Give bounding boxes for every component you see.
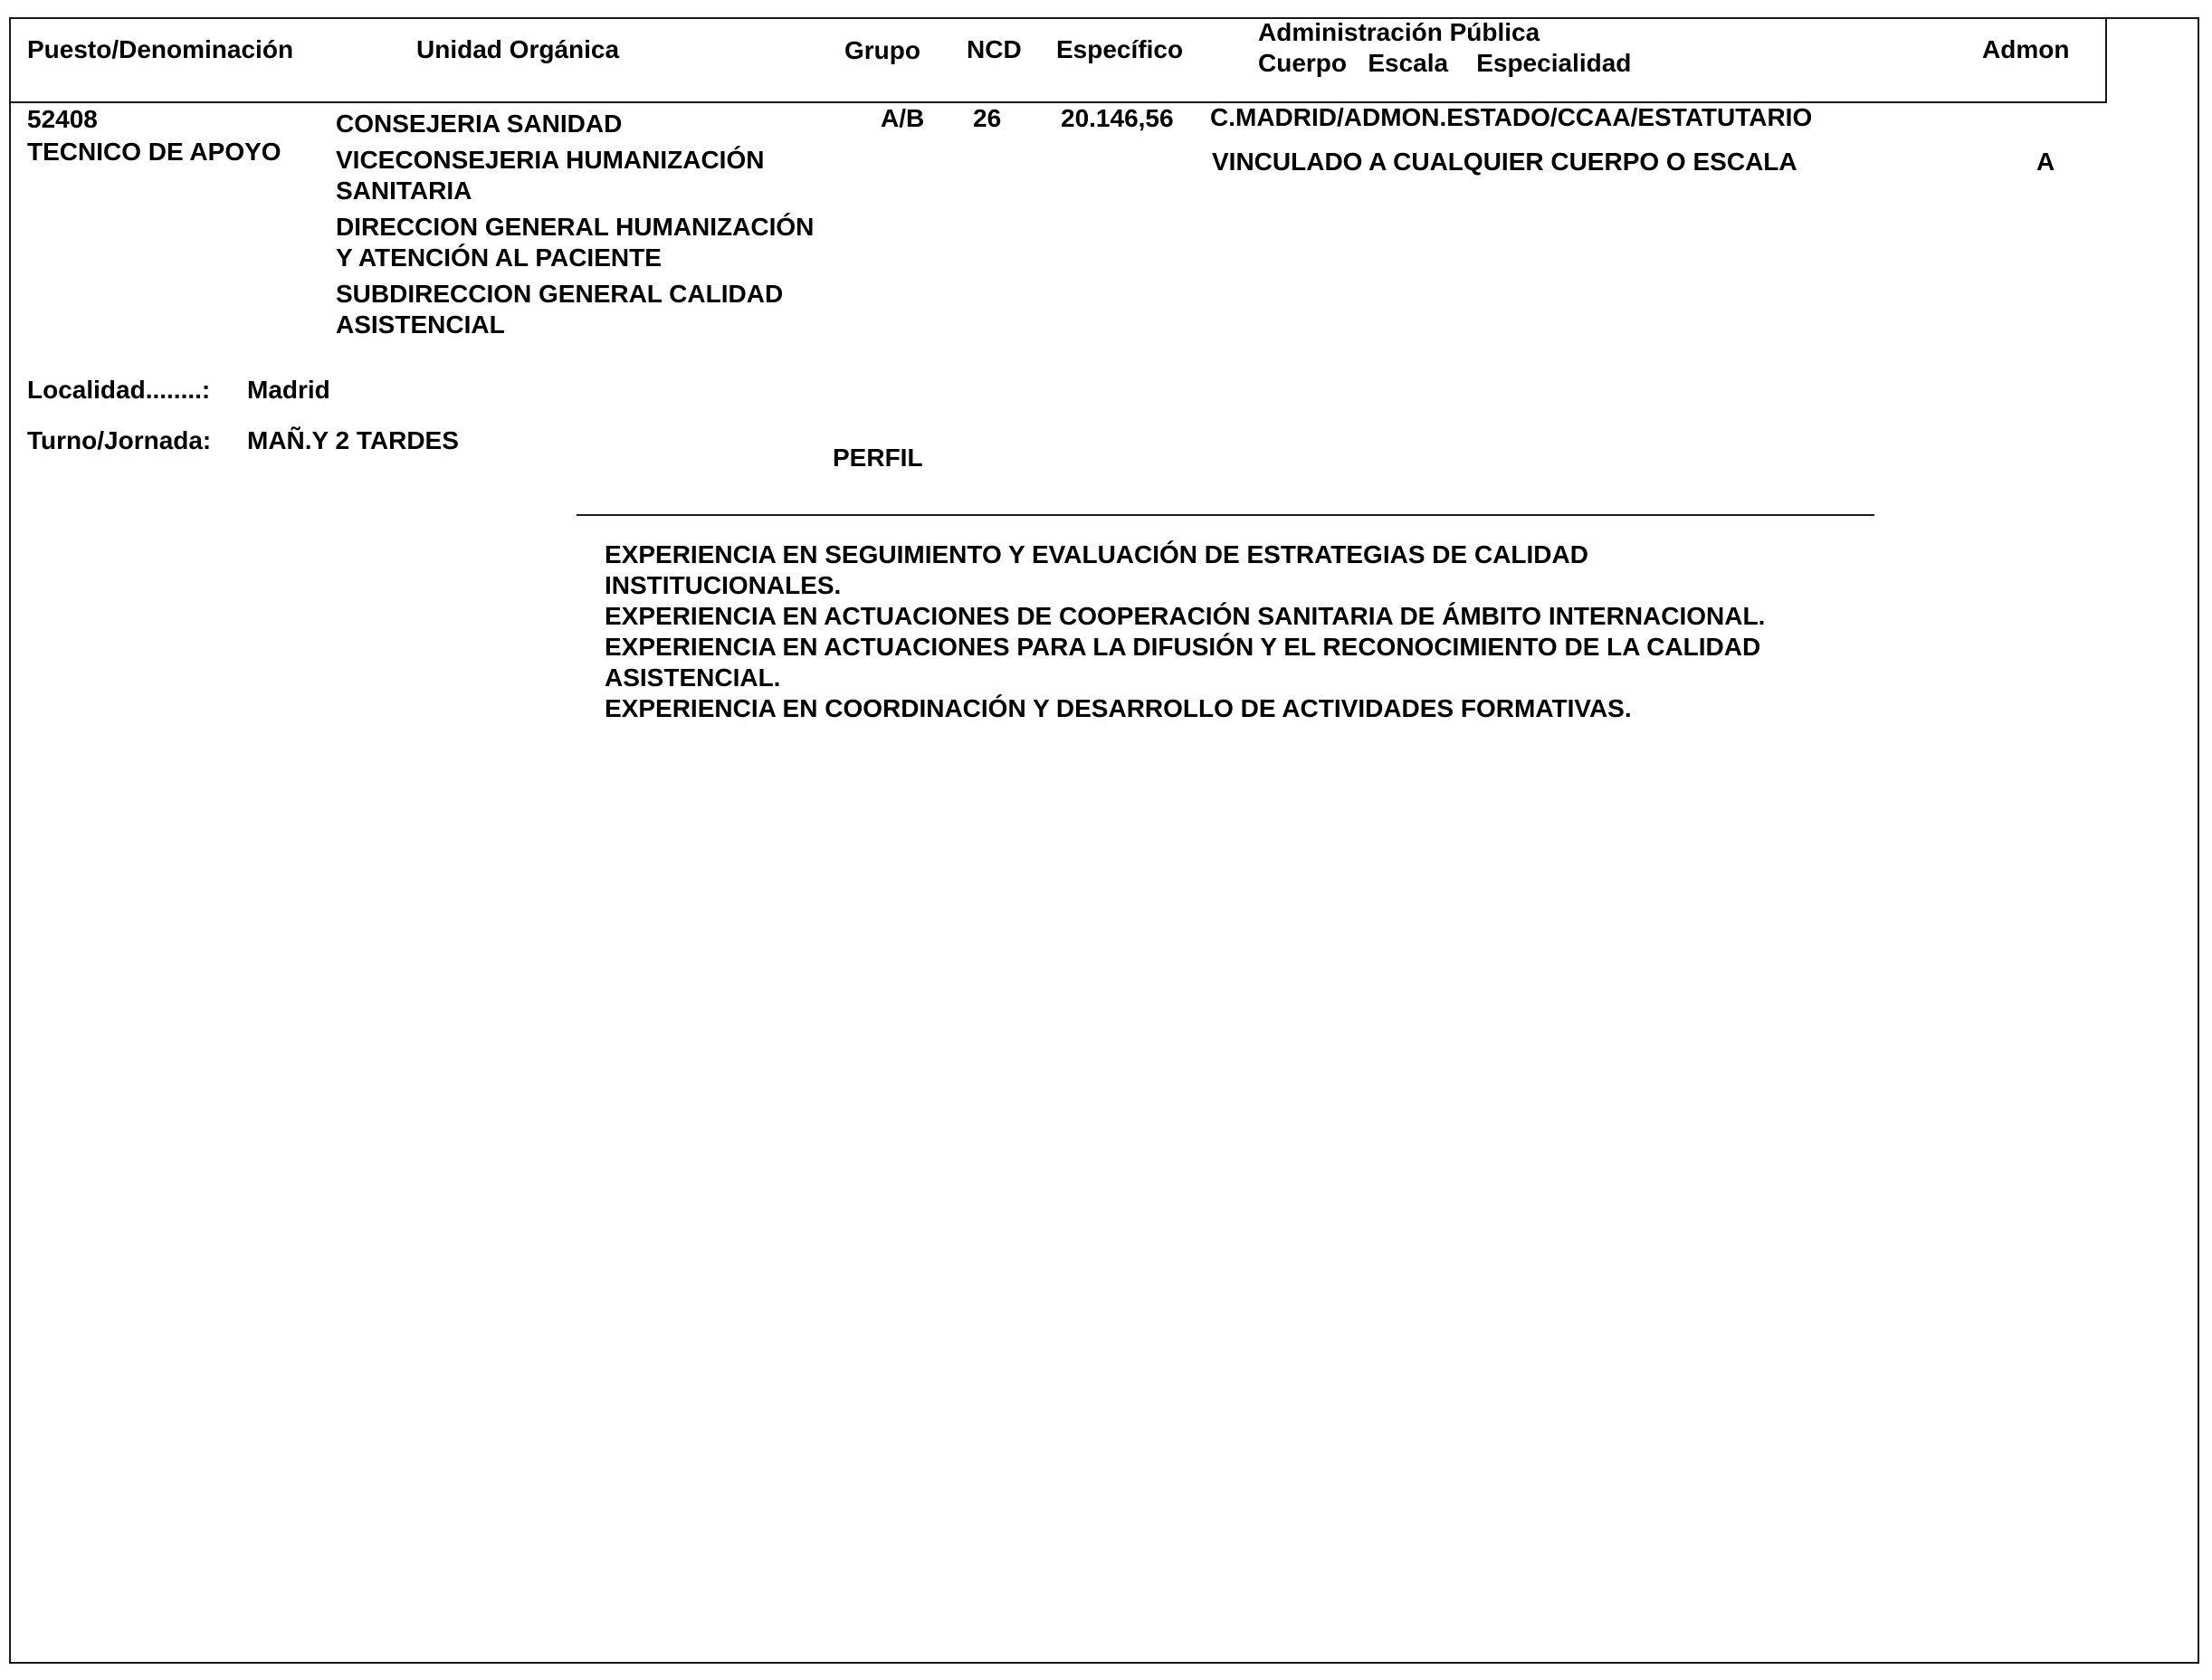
unidad-organica-item: DIRECCION GENERAL HUMANIZACIÓNY ATENCIÓN… xyxy=(336,212,843,273)
puesto-denominacion: TECNICO DE APOYO xyxy=(27,139,281,165)
perfil-line: INSTITUCIONALES. xyxy=(605,570,1962,601)
unidad-organica-line: ASISTENCIAL xyxy=(336,310,843,340)
perfil-title: PERFIL xyxy=(833,445,923,471)
header-especifico: Específico xyxy=(1056,37,1183,62)
header-admin-publica: Administración Pública xyxy=(1258,20,1540,45)
perfil-line: EXPERIENCIA EN COORDINACIÓN Y DESARROLLO… xyxy=(605,693,1962,724)
grupo-value: A/B xyxy=(881,106,924,131)
header-ncd: NCD xyxy=(967,37,1022,62)
perfil-line: EXPERIENCIA EN ACTUACIONES PARA LA DIFUS… xyxy=(605,632,1962,663)
ncd-value: 26 xyxy=(973,106,1001,131)
header-grupo: Grupo xyxy=(844,38,920,63)
unidad-organica-line: DIRECCION GENERAL HUMANIZACIÓN xyxy=(336,212,843,243)
admon-value: A xyxy=(2036,149,2055,175)
header-admin-sub: Cuerpo Escala Especialidad xyxy=(1258,51,1631,76)
localidad-label: Localidad........: xyxy=(27,377,210,403)
perfil-divider xyxy=(577,514,1874,516)
unidad-organica-line: SANITARIA xyxy=(336,176,843,206)
puesto-codigo: 52408 xyxy=(27,107,98,132)
header-admon: Admon xyxy=(1982,37,2069,62)
unidad-organica-item: SUBDIRECCION GENERAL CALIDADASISTENCIAL xyxy=(336,279,843,340)
perfil-line: EXPERIENCIA EN ACTUACIONES DE COOPERACIÓ… xyxy=(605,601,1962,632)
unidad-organica-line: Y ATENCIÓN AL PACIENTE xyxy=(336,243,843,273)
turno-label: Turno/Jornada: xyxy=(27,428,211,453)
cuerpo-escala-value: VINCULADO A CUALQUIER CUERPO O ESCALA xyxy=(1212,149,1797,175)
especifico-value: 20.146,56 xyxy=(1061,106,1174,131)
unidad-organica-item: VICECONSEJERIA HUMANIZACIÓNSANITARIA xyxy=(336,145,843,206)
unidad-organica-line: CONSEJERIA SANIDAD xyxy=(336,109,843,139)
unidad-organica: CONSEJERIA SANIDADVICECONSEJERIA HUMANIZ… xyxy=(336,109,843,346)
turno-value: MAÑ.Y 2 TARDES xyxy=(247,428,459,453)
unidad-organica-item: CONSEJERIA SANIDAD xyxy=(336,109,843,139)
unidad-organica-line: VICECONSEJERIA HUMANIZACIÓN xyxy=(336,145,843,176)
admin-publica-value: C.MADRID/ADMON.ESTADO/CCAA/ESTATUTARIO xyxy=(1210,105,1812,130)
header-puesto: Puesto/Denominación xyxy=(27,37,293,62)
header-unidad: Unidad Orgánica xyxy=(416,37,619,62)
perfil-line: EXPERIENCIA EN SEGUIMIENTO Y EVALUACIÓN … xyxy=(605,539,1962,570)
perfil-line: ASISTENCIAL. xyxy=(605,663,1962,693)
perfil-list: EXPERIENCIA EN SEGUIMIENTO Y EVALUACIÓN … xyxy=(605,539,1962,724)
unidad-organica-line: SUBDIRECCION GENERAL CALIDAD xyxy=(336,279,843,310)
localidad-value: Madrid xyxy=(247,377,330,403)
